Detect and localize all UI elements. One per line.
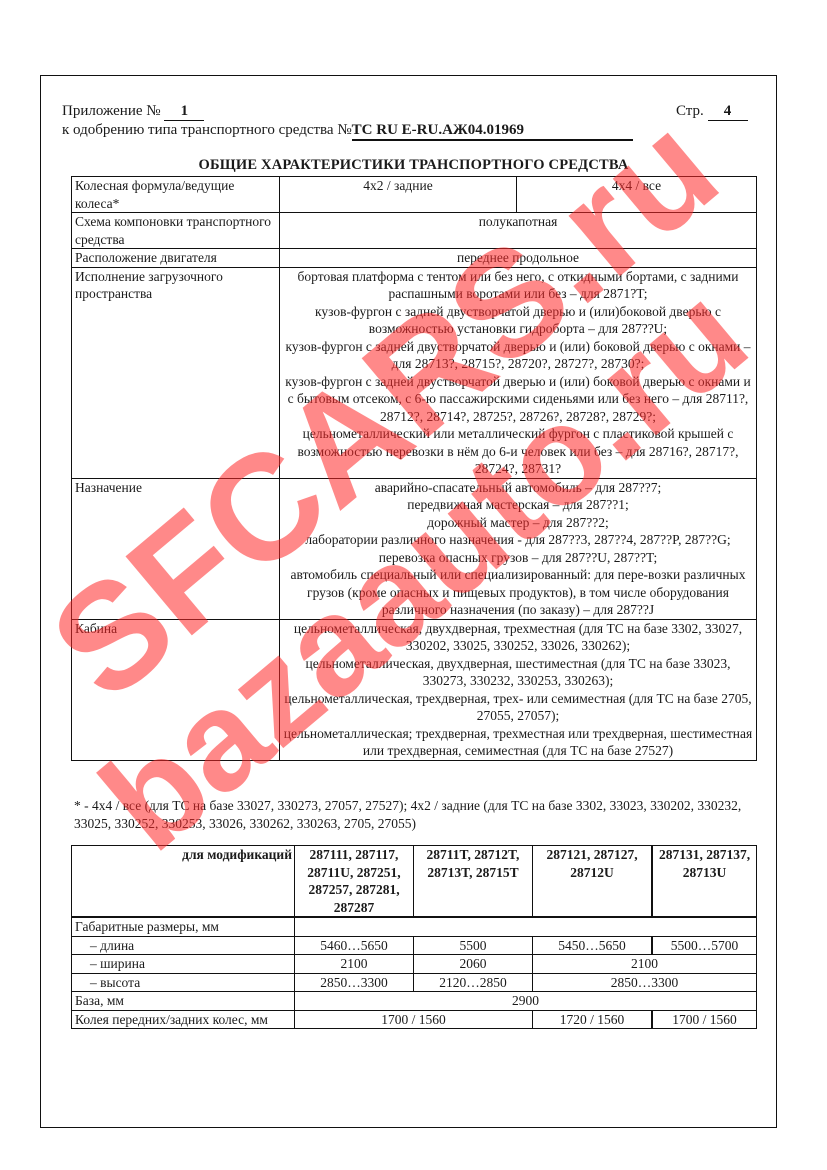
- wheelbase-label: База, мм: [72, 992, 295, 1011]
- modification-group: 287131, 287137, 28713U: [652, 846, 757, 918]
- modification-group: 287111, 287117, 28711U, 287251, 287257, …: [295, 846, 414, 918]
- row-value: полукапотная: [280, 213, 757, 249]
- height-value: 2120…2850: [414, 973, 533, 992]
- length-value: 5460…5650: [295, 936, 414, 955]
- row-value: 4х2 / задние: [280, 177, 517, 213]
- dimensions-table: для модификаций 287111, 287117, 28711U, …: [71, 845, 757, 1029]
- table-row: Назначение аварийно-спасательный автомоб…: [72, 478, 757, 619]
- modification-group: 28711T, 28712T, 28713T, 28715T: [414, 846, 533, 918]
- list-item: цельнометаллическая, двухдверная, шестим…: [283, 655, 753, 690]
- height-value: 2850…3300: [295, 973, 414, 992]
- list-item: цельнометаллическая, трехдверная, трех- …: [283, 690, 753, 725]
- list-item: кузов-фургон с задней двустворчатой двер…: [283, 373, 753, 426]
- page-label: Стр.: [676, 103, 704, 119]
- row-label: Исполнение загрузочного пространства: [72, 267, 280, 478]
- general-characteristics-table: Колесная формула/ведущие колеса* 4х2 / з…: [71, 176, 757, 761]
- list-item: цельнометаллическая, двухдверная, трехме…: [283, 620, 753, 655]
- appendix-line: Приложение № 1: [62, 102, 204, 121]
- table-row: Габаритные размеры, мм: [72, 917, 757, 936]
- row-value-list: аварийно-спасательный автомобиль – для 2…: [280, 478, 757, 619]
- list-item: бортовая платформа с тентом или без него…: [283, 268, 753, 303]
- table-row: Колея передних/задних колес, мм 1700 / 1…: [72, 1010, 757, 1029]
- list-item: цельнометаллическая; трехдверная, трехме…: [283, 725, 753, 760]
- row-value-list: цельнометаллическая, двухдверная, трехме…: [280, 619, 757, 760]
- table-row: – высота 2850…3300 2120…2850 2850…3300: [72, 973, 757, 992]
- length-label: – длина: [72, 936, 295, 955]
- length-value: 5500…5700: [652, 936, 757, 955]
- page-indicator: Стр. 4: [676, 102, 748, 121]
- track-label: Колея передних/задних колес, мм: [72, 1010, 295, 1029]
- width-value: 2100: [295, 955, 414, 974]
- length-value: 5450…5650: [533, 936, 653, 955]
- height-value: 2850…3300: [533, 973, 757, 992]
- list-item: перевозка опасных грузов – для 287??U, 2…: [283, 549, 753, 567]
- modifications-row: для модификаций 287111, 287117, 28711U, …: [72, 846, 757, 918]
- table-row: Колесная формула/ведущие колеса* 4х2 / з…: [72, 177, 757, 213]
- table-row: Расположение двигателя переднее продольн…: [72, 249, 757, 268]
- row-label: Расположение двигателя: [72, 249, 280, 268]
- width-value: 2100: [533, 955, 757, 974]
- list-item: цельнометаллический или металлический фу…: [283, 425, 753, 478]
- appendix-number: 1: [164, 102, 204, 121]
- wheelbase-value: 2900: [295, 992, 757, 1011]
- list-item: дорожный мастер – для 287??2;: [283, 514, 753, 532]
- list-item: автомобиль специальный или специализиров…: [283, 566, 753, 619]
- list-item: кузов-фургон с задней двустворчатой двер…: [283, 338, 753, 373]
- track-value: 1700 / 1560: [295, 1010, 533, 1029]
- table-row: – длина 5460…5650 5500 5450…5650 5500…57…: [72, 936, 757, 955]
- row-label: Колесная формула/ведущие колеса*: [72, 177, 280, 213]
- footnote: * - 4х4 / все (для ТС на базе 33027, 330…: [74, 797, 754, 833]
- row-value-list: бортовая платформа с тентом или без него…: [280, 267, 757, 478]
- page-number: 4: [708, 102, 748, 121]
- empty-cell: [295, 917, 757, 936]
- document-title: ОБЩИЕ ХАРАКТЕРИСТИКИ ТРАНСПОРТНОГО СРЕДС…: [70, 157, 757, 174]
- row-value: переднее продольное: [280, 249, 757, 268]
- row-label: Кабина: [72, 619, 280, 760]
- width-value: 2060: [414, 955, 533, 974]
- length-value: 5500: [414, 936, 533, 955]
- overall-dimensions-label: Габаритные размеры, мм: [72, 917, 295, 936]
- height-label: – высота: [72, 973, 295, 992]
- table-row: Исполнение загрузочного пространства бор…: [72, 267, 757, 478]
- row-label: Схема компоновки транспортного средства: [72, 213, 280, 249]
- table-row: – ширина 2100 2060 2100: [72, 955, 757, 974]
- appendix-label: Приложение №: [62, 103, 161, 119]
- table-row: База, мм 2900: [72, 992, 757, 1011]
- table-row: Кабина цельнометаллическая, двухдверная,…: [72, 619, 757, 760]
- row-value: 4х4 / все: [517, 177, 757, 213]
- table-row: Схема компоновки транспортного средства …: [72, 213, 757, 249]
- approval-number: ТС RU E-RU.АЖ04.01969: [352, 121, 633, 141]
- list-item: аварийно-спасательный автомобиль – для 2…: [283, 479, 753, 497]
- approval-line: к одобрению типа транспортного средства …: [62, 121, 633, 141]
- approval-label: к одобрению типа транспортного средства …: [62, 122, 352, 138]
- track-value: 1700 / 1560: [652, 1010, 757, 1029]
- list-item: кузов-фургон с задней двустворчатой двер…: [283, 303, 753, 338]
- list-item: передвижная мастерская – для 287??1;: [283, 496, 753, 514]
- list-item: лаборатории различного назначения - для …: [283, 531, 753, 549]
- modification-group: 287121, 287127, 28712U: [533, 846, 653, 918]
- modifications-label: для модификаций: [72, 846, 295, 918]
- row-label: Назначение: [72, 478, 280, 619]
- track-value: 1720 / 1560: [533, 1010, 653, 1029]
- width-label: – ширина: [72, 955, 295, 974]
